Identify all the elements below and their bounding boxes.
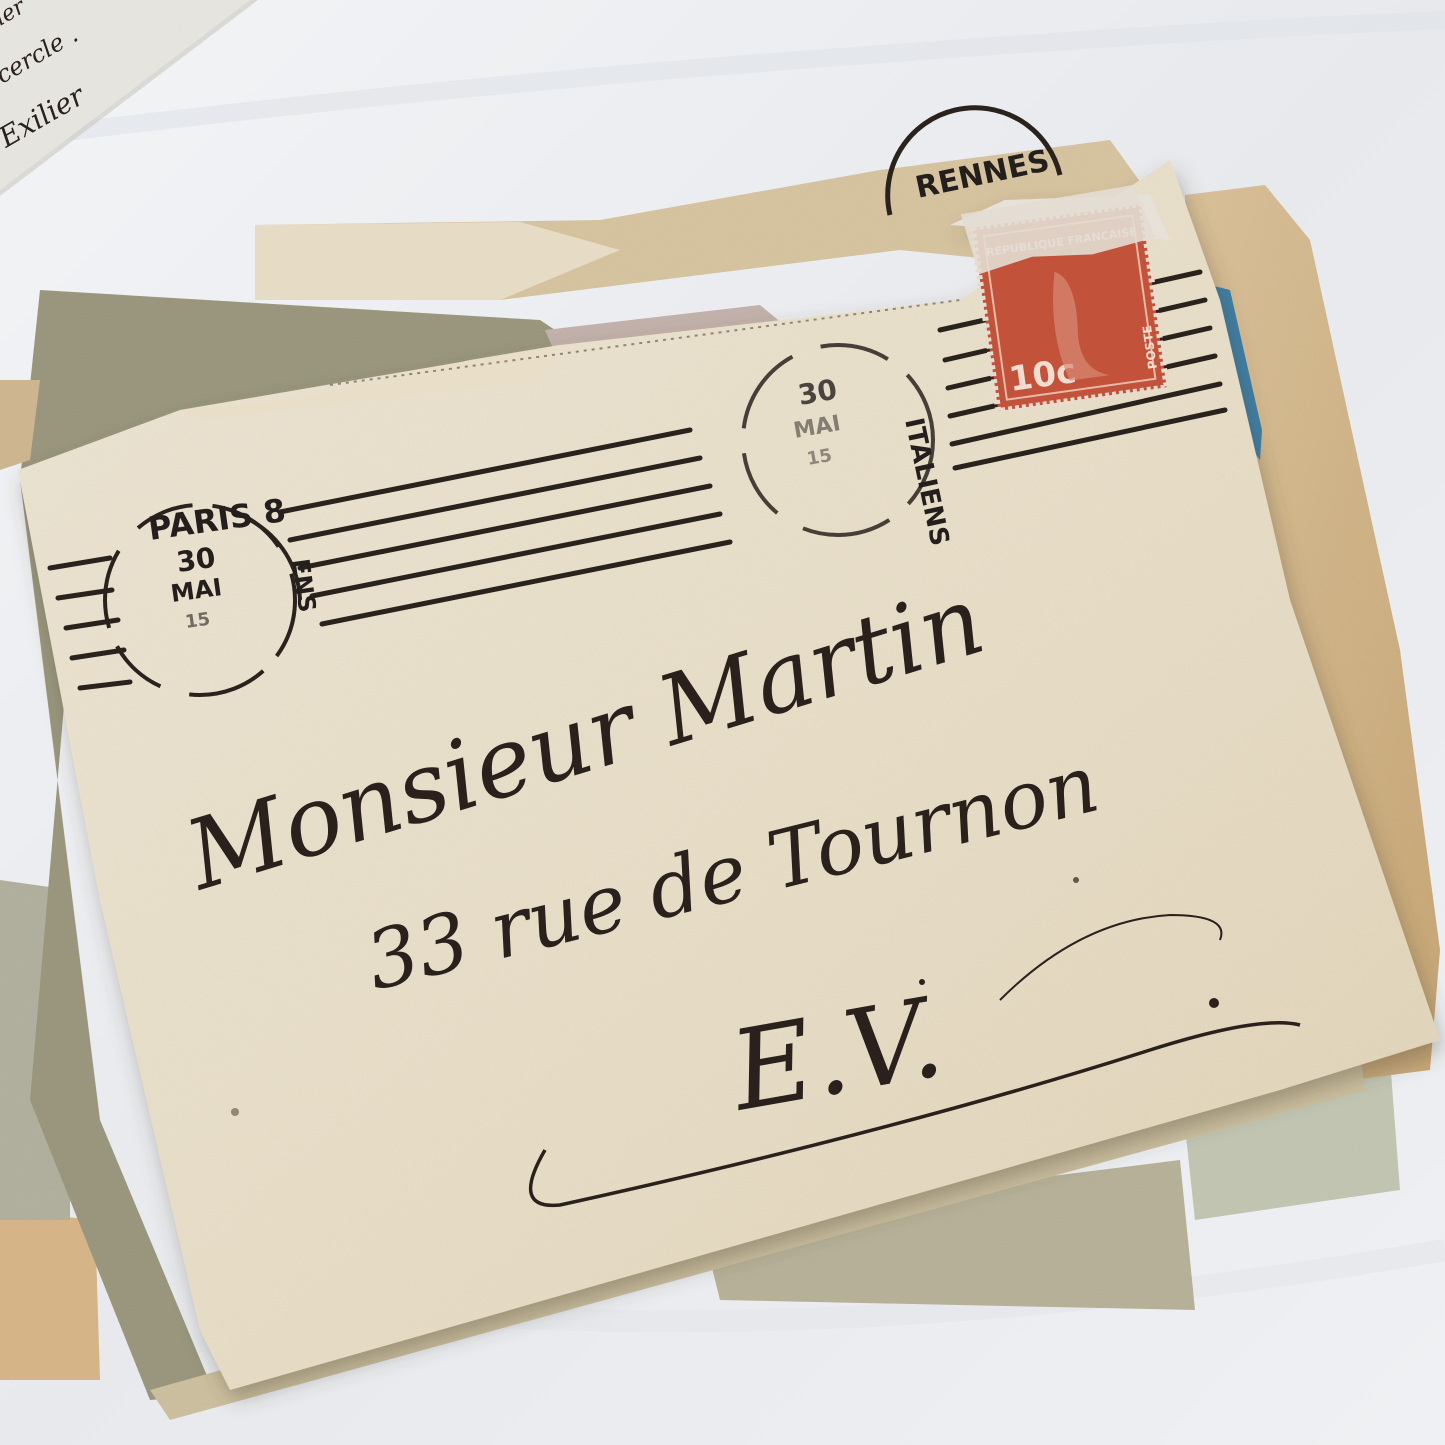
postmark-left-year: 15 — [184, 609, 212, 633]
postmark-right-day: 30 — [795, 373, 839, 412]
photo-scene: ier cercle . Exilier RENNES — [0, 0, 1445, 1445]
postmark-right-year: 15 — [805, 445, 833, 470]
postmark-left-day: 30 — [174, 541, 217, 579]
